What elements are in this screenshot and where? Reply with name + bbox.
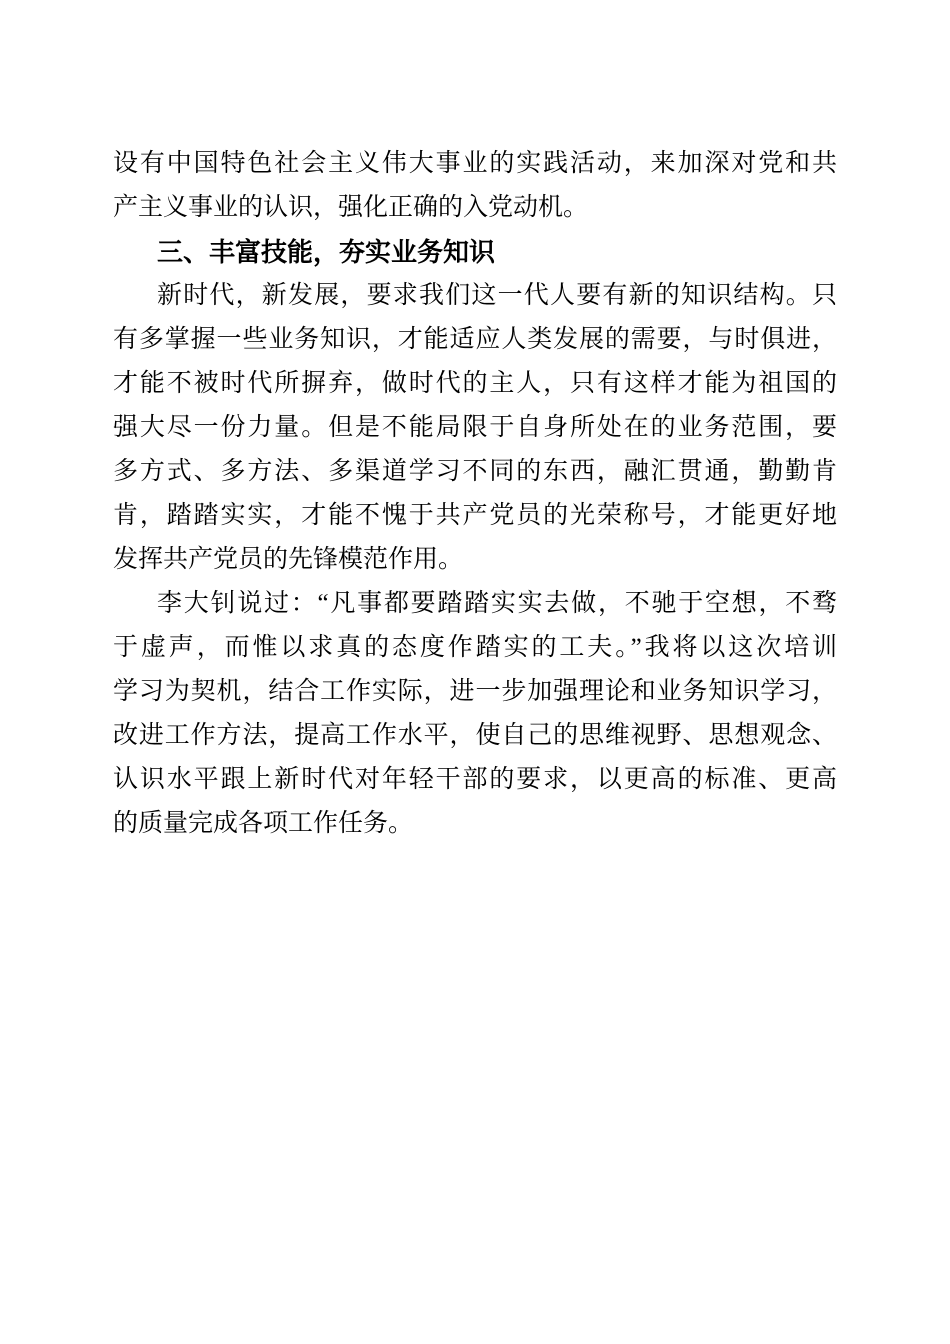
text-line: 设有中国特色社会主义伟大事业的实践活动，来加深对党和共 <box>113 142 837 186</box>
text-line: 发挥共产党员的先锋模范作用。 <box>113 538 837 582</box>
text-line: 改进工作方法，提高工作水平，使自己的思维视野、思想观念、 <box>113 714 837 758</box>
text-line: 肯，踏踏实实，才能不愧于共产党员的光荣称号，才能更好地 <box>113 494 837 538</box>
text-line: 才能不被时代所摒弃，做时代的主人，只有这样才能为祖国的 <box>113 362 837 406</box>
text-line: 新时代，新发展，要求我们这一代人要有新的知识结构。只 <box>113 274 837 318</box>
text-line: 学习为契机，结合工作实际，进一步加强理论和业务知识学习， <box>113 670 837 714</box>
text-line: 于虚声，而惟以求真的态度作踏实的工夫。”我将以这次培训 <box>113 626 837 670</box>
text-line: 认识水平跟上新时代对年轻干部的要求，以更高的标准、更高 <box>113 758 837 802</box>
document-page: 设有中国特色社会主义伟大事业的实践活动，来加深对党和共 产主义事业的认识，强化正… <box>0 0 950 1344</box>
text-line: 李大钊说过：“凡事都要踏踏实实去做，不驰于空想，不骛 <box>113 582 837 626</box>
text-line: 的质量完成各项工作任务。 <box>113 802 837 846</box>
paragraph-continuation: 设有中国特色社会主义伟大事业的实践活动，来加深对党和共 产主义事业的认识，强化正… <box>113 142 837 230</box>
paragraph-body: 新时代，新发展，要求我们这一代人要有新的知识结构。只 有多掌握一些业务知识，才能… <box>113 274 837 582</box>
text-line: 有多掌握一些业务知识，才能适应人类发展的需要，与时俱进， <box>113 318 837 362</box>
text-line: 产主义事业的认识，强化正确的入党动机。 <box>113 186 837 230</box>
text-line: 多方式、多方法、多渠道学习不同的东西，融汇贯通，勤勤肯 <box>113 450 837 494</box>
paragraph-body: 李大钊说过：“凡事都要踏踏实实去做，不驰于空想，不骛 于虚声，而惟以求真的态度作… <box>113 582 837 846</box>
text-line: 强大尽一份力量。但是不能局限于自身所处在的业务范围，要 <box>113 406 837 450</box>
section-heading: 三、丰富技能，夯实业务知识 <box>113 230 837 274</box>
page-text-content: 设有中国特色社会主义伟大事业的实践活动，来加深对党和共 产主义事业的认识，强化正… <box>113 142 837 846</box>
